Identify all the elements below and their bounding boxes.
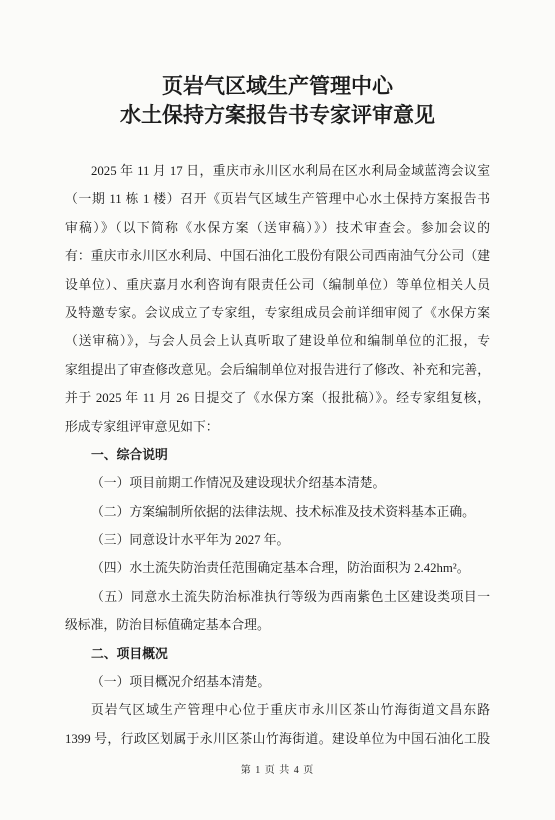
section-heading: 一、综合说明 (65, 441, 490, 469)
text-line: 1399 号，行政区划属于永川区茶山竹海街道。建设单位为中国石油化工股 (65, 725, 490, 753)
text-line: （一）项目概况介绍基本清楚。 (65, 668, 490, 696)
document-title: 页岩气区域生产管理中心 水土保持方案报告书专家评审意见 (65, 72, 490, 130)
text-line: 2025 年 11 月 17 日，重庆市永川区水利局在区水利局金域蓝湾会议室 (65, 157, 490, 185)
document-body: 2025 年 11 月 17 日，重庆市永川区水利局在区水利局金域蓝湾会议室（一… (65, 157, 490, 753)
text-line: 设单位）、重庆嘉月水利咨询有限责任公司（编制单位）等单位相关人员 (65, 271, 490, 299)
document-title-line1: 页岩气区域生产管理中心 (65, 72, 490, 101)
text-line: 家组提出了审查修改意见。会后编制单位对报告进行了修改、补充和完善， (65, 356, 490, 384)
text-line: （五）同意水土流失防治标准执行等级为西南紫色土区建设类项目一 (65, 583, 490, 611)
document-content: 页岩气区域生产管理中心 水土保持方案报告书专家评审意见 2025 年 11 月 … (65, 72, 490, 753)
document-page: 页岩气区域生产管理中心 水土保持方案报告书专家评审意见 2025 年 11 月 … (0, 0, 555, 820)
text-line: （二）方案编制所依据的法律法规、技术标准及技术资料基本正确。 (65, 498, 490, 526)
text-line: 形成专家组评审意见如下： (65, 413, 490, 441)
section-heading: 二、项目概况 (65, 640, 490, 668)
text-line: （一）项目前期工作情况及建设现状介绍基本清楚。 (65, 469, 490, 497)
text-line: 有：重庆市永川区水利局、中国石油化工股份有限公司西南油气分公司（建 (65, 242, 490, 270)
text-line: （一期 11 栋 1 楼）召开《页岩气区域生产管理中心水土保持方案报告书（送 (65, 185, 490, 213)
text-line: 及特邀专家。会议成立了专家组，专家组成员会前详细审阅了《水保方案 (65, 299, 490, 327)
text-line: （四）水土流失防治责任范围确定基本合理，防治面积为 2.42hm²。 (65, 554, 490, 582)
text-line: 页岩气区域生产管理中心位于重庆市永川区茶山竹海街道文昌东路 (65, 696, 490, 724)
text-line: 并于 2025 年 11 月 26 日提交了《水保方案（报批稿）》。经专家组复核… (65, 384, 490, 412)
page-number: 第 1 页 共 4 页 (0, 761, 555, 776)
document-title-line2: 水土保持方案报告书专家评审意见 (65, 101, 490, 130)
text-line: （三）同意设计水平年为 2027 年。 (65, 526, 490, 554)
text-line: 审稿）》（以下简称《水保方案（送审稿）》）技术审查会。参加会议的 (65, 214, 490, 242)
text-line: 级标准，防治目标值确定基本合理。 (65, 611, 490, 639)
text-line: （送审稿）》，与会人员会上认真听取了建设单位和编制单位的汇报，专 (65, 327, 490, 355)
